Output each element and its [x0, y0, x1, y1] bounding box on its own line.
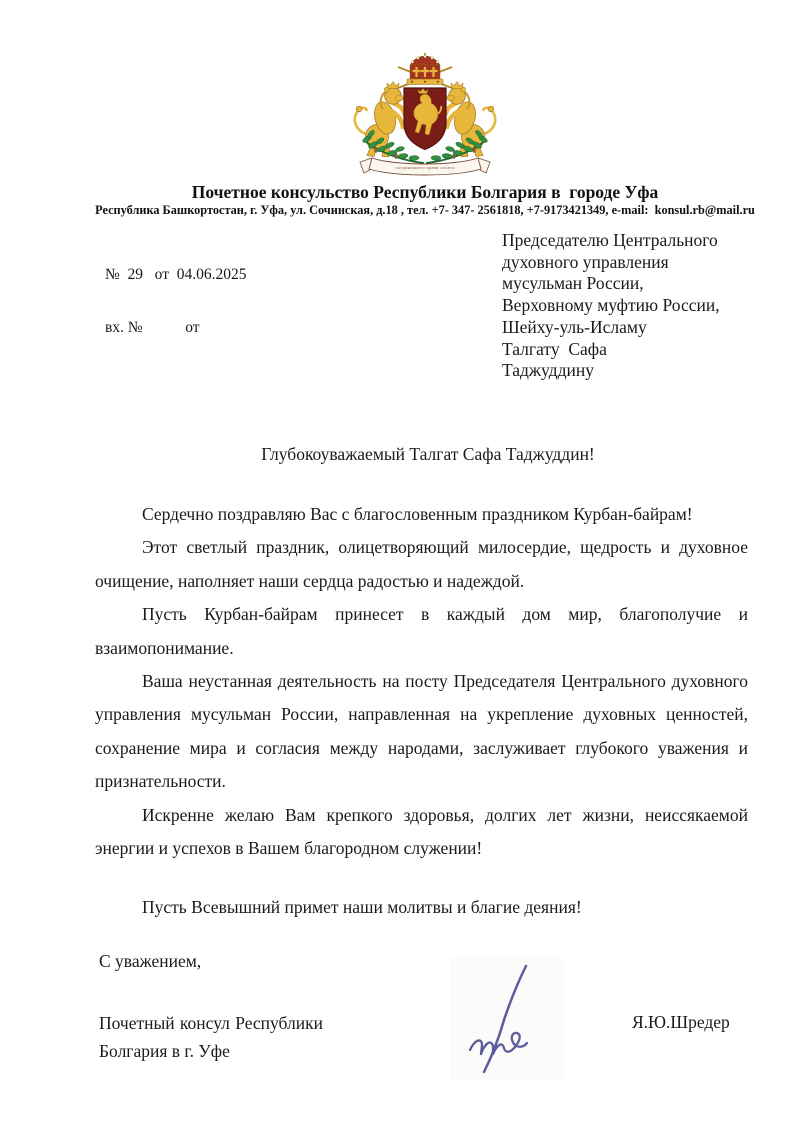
recipient-line: Председателю Центрального — [502, 230, 720, 252]
letter-page: съединението прави силата Почетное консу… — [0, 0, 800, 1131]
signer-name: Я.Ю.Шредер — [632, 1012, 730, 1033]
reference-block: № 29 от 04.06.2025 вх. № от — [105, 231, 246, 371]
recipient-line: Шейху-уль-Исламу — [502, 317, 720, 339]
bulgaria-coat-of-arms-icon: съединението прави силата — [340, 52, 510, 184]
body-paragraph: Этот светлый праздник, олицетворяющий ми… — [95, 531, 748, 598]
consul-title-line: Болгария в г. Уфе — [99, 1038, 323, 1066]
outgoing-number: № 29 от 04.06.2025 — [105, 266, 246, 284]
consulate-name: Почетное консульство Республики Болгария… — [45, 182, 800, 203]
recipient-line: Талгату Сафа — [502, 339, 720, 361]
closing-wish: Пусть Всевышний примет наши молитвы и бл… — [95, 891, 748, 924]
consulate-address: Республика Башкортостан, г. Уфа, ул. Соч… — [45, 203, 800, 218]
supporter-lion-right-icon — [446, 82, 496, 157]
emblem-motto: съединението прави силата — [396, 165, 455, 170]
handwritten-signature-icon — [458, 960, 558, 1080]
salutation: Глубокоуважаемый Талгат Сафа Таджуддин! — [95, 444, 761, 465]
body-paragraph: Искренне желаю Вам крепкого здоровья, до… — [95, 799, 748, 866]
recipient-block: Председателю Центрального духовного упра… — [502, 230, 720, 382]
body-paragraph: Пусть Курбан-байрам принесет в каждый до… — [95, 598, 748, 665]
regards-line: С уважением, — [99, 951, 201, 972]
shield-icon — [404, 88, 446, 150]
body-paragraph: Ваша неустанная деятельность на посту Пр… — [95, 665, 748, 799]
recipient-line: мусульман России, — [502, 273, 720, 295]
letter-body: Сердечно поздравляю Вас с благословенным… — [95, 498, 748, 925]
recipient-line: Таджуддину — [502, 360, 720, 382]
body-paragraph: Сердечно поздравляю Вас с благословенным… — [95, 498, 748, 531]
consul-title-block: Почетный консул Республики Болгария в г.… — [99, 1010, 323, 1065]
incoming-number: вх. № от — [105, 319, 246, 337]
recipient-line: духовного управления — [502, 252, 720, 274]
central-crown-icon — [407, 53, 443, 85]
recipient-line: Верховному муфтию России, — [502, 295, 720, 317]
consul-title-line: Почетный консул Республики — [99, 1010, 323, 1038]
motto-ribbon-icon: съединението прави силата — [360, 158, 490, 175]
supporter-lion-left-icon — [355, 82, 405, 157]
